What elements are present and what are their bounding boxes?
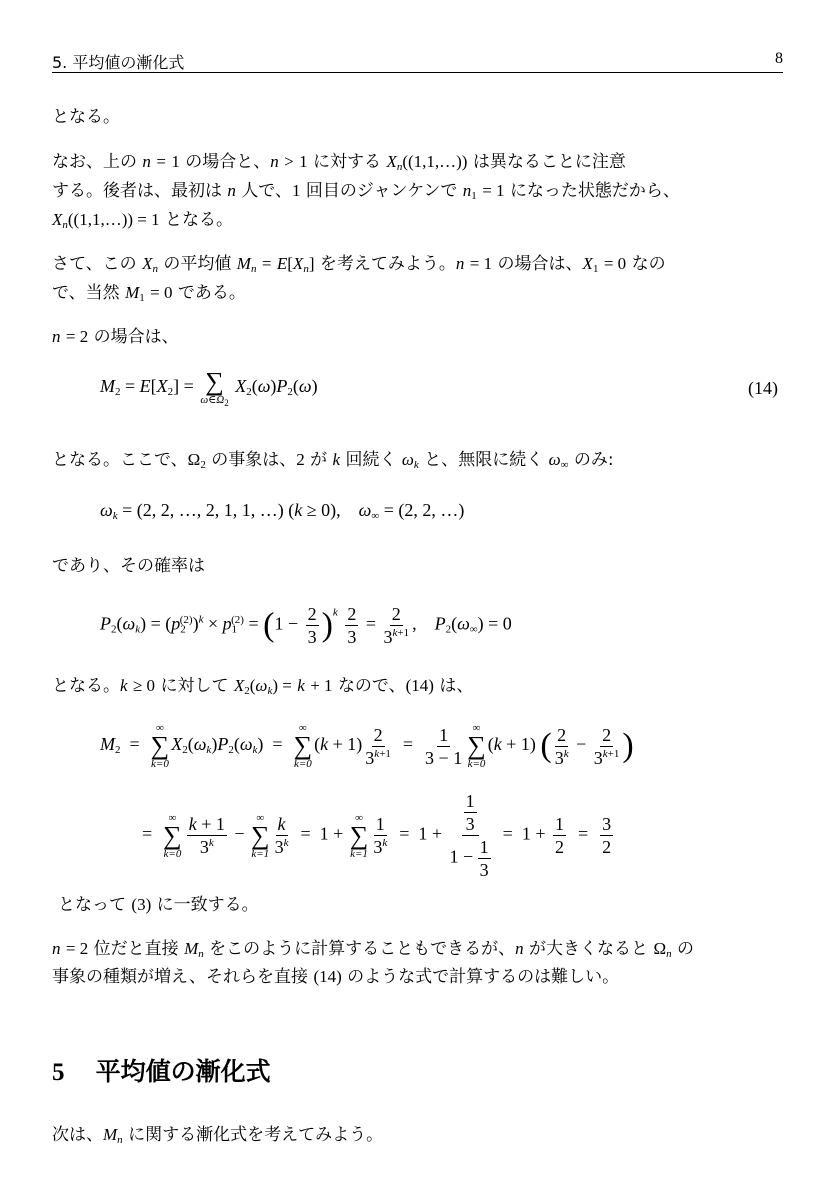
paragraph-line: Xn((1,1,…)) = 1 となる。 <box>52 206 233 234</box>
equation-m2-line1: M2 = ∞∑k=0X2(ωk)P2(ωk) = ∞∑k=0(k + 1)23k… <box>100 722 634 770</box>
section-title: 平均値の漸化式 <box>96 1057 271 1086</box>
paragraph-line: する。後者は、最初は n 人で、1 回目のジャンケンで n1 = 1 になった状… <box>52 177 680 205</box>
paragraph-line: さて、この Xn の平均値 Mn = E[Xn] を考えてみよう。n = 1 の… <box>52 250 666 278</box>
paragraph-line: n = 2 位だと直接 Mn をこのように計算することもできるが、n が大きくな… <box>52 935 694 963</box>
section-heading: 5 平均値の漸化式 <box>52 1052 271 1088</box>
equation-probability: P2(ωk) = (p2(2))k × p1(2) = (1 − 23)k 23… <box>100 603 512 648</box>
paragraph: n = 2 の場合は、 <box>52 323 179 351</box>
document-page: 5. 平均値の漸化式 8 となる。 なお、上の n = 1 の場合と、n > 1… <box>0 0 833 1192</box>
section-number: 5 <box>52 1059 65 1086</box>
paragraph-line: 事象の種類が増え、それらを直接 (14) のような式で計算するのは難しい。 <box>52 963 619 991</box>
paragraph: となる。ここで、Ω2 の事象は、2 が k 回続く ωk と、無限に続く ω∞ … <box>52 446 614 474</box>
paragraph: となって (3) に一致する。 <box>58 891 259 919</box>
equation-omega-definition: ωk = (2, 2, …, 2, 1, 1, …) (k ≥ 0), ω∞ =… <box>100 500 464 521</box>
paragraph: となる。k ≥ 0 に対して X2(ωk) = k + 1 なので、(14) は… <box>52 672 473 700</box>
paragraph-line: で、当然 M1 = 0 である。 <box>52 279 246 307</box>
running-header: 5. 平均値の漸化式 8 <box>52 48 783 73</box>
paragraph: であり、その確率は <box>52 552 205 580</box>
paragraph: となる。 <box>52 103 120 131</box>
header-section-label: 5. 平均値の漸化式 <box>52 50 184 73</box>
paragraph-line: なお、上の n = 1 の場合と、n > 1 に対する Xn((1,1,…)) … <box>52 148 626 176</box>
paragraph: 次は、Mn に関する漸化式を考えてみよう。 <box>52 1121 383 1149</box>
equation-14: M2 = E[X2] = ∑ω∈Ω2 X2(ω)P2(ω) <box>100 370 318 406</box>
equation-number: (14) <box>748 378 778 399</box>
page-number: 8 <box>775 50 783 68</box>
equation-m2-line2: = ∞∑k=0k + 13k − ∞∑k=1k3k = 1 + ∞∑k=113k… <box>142 790 616 881</box>
